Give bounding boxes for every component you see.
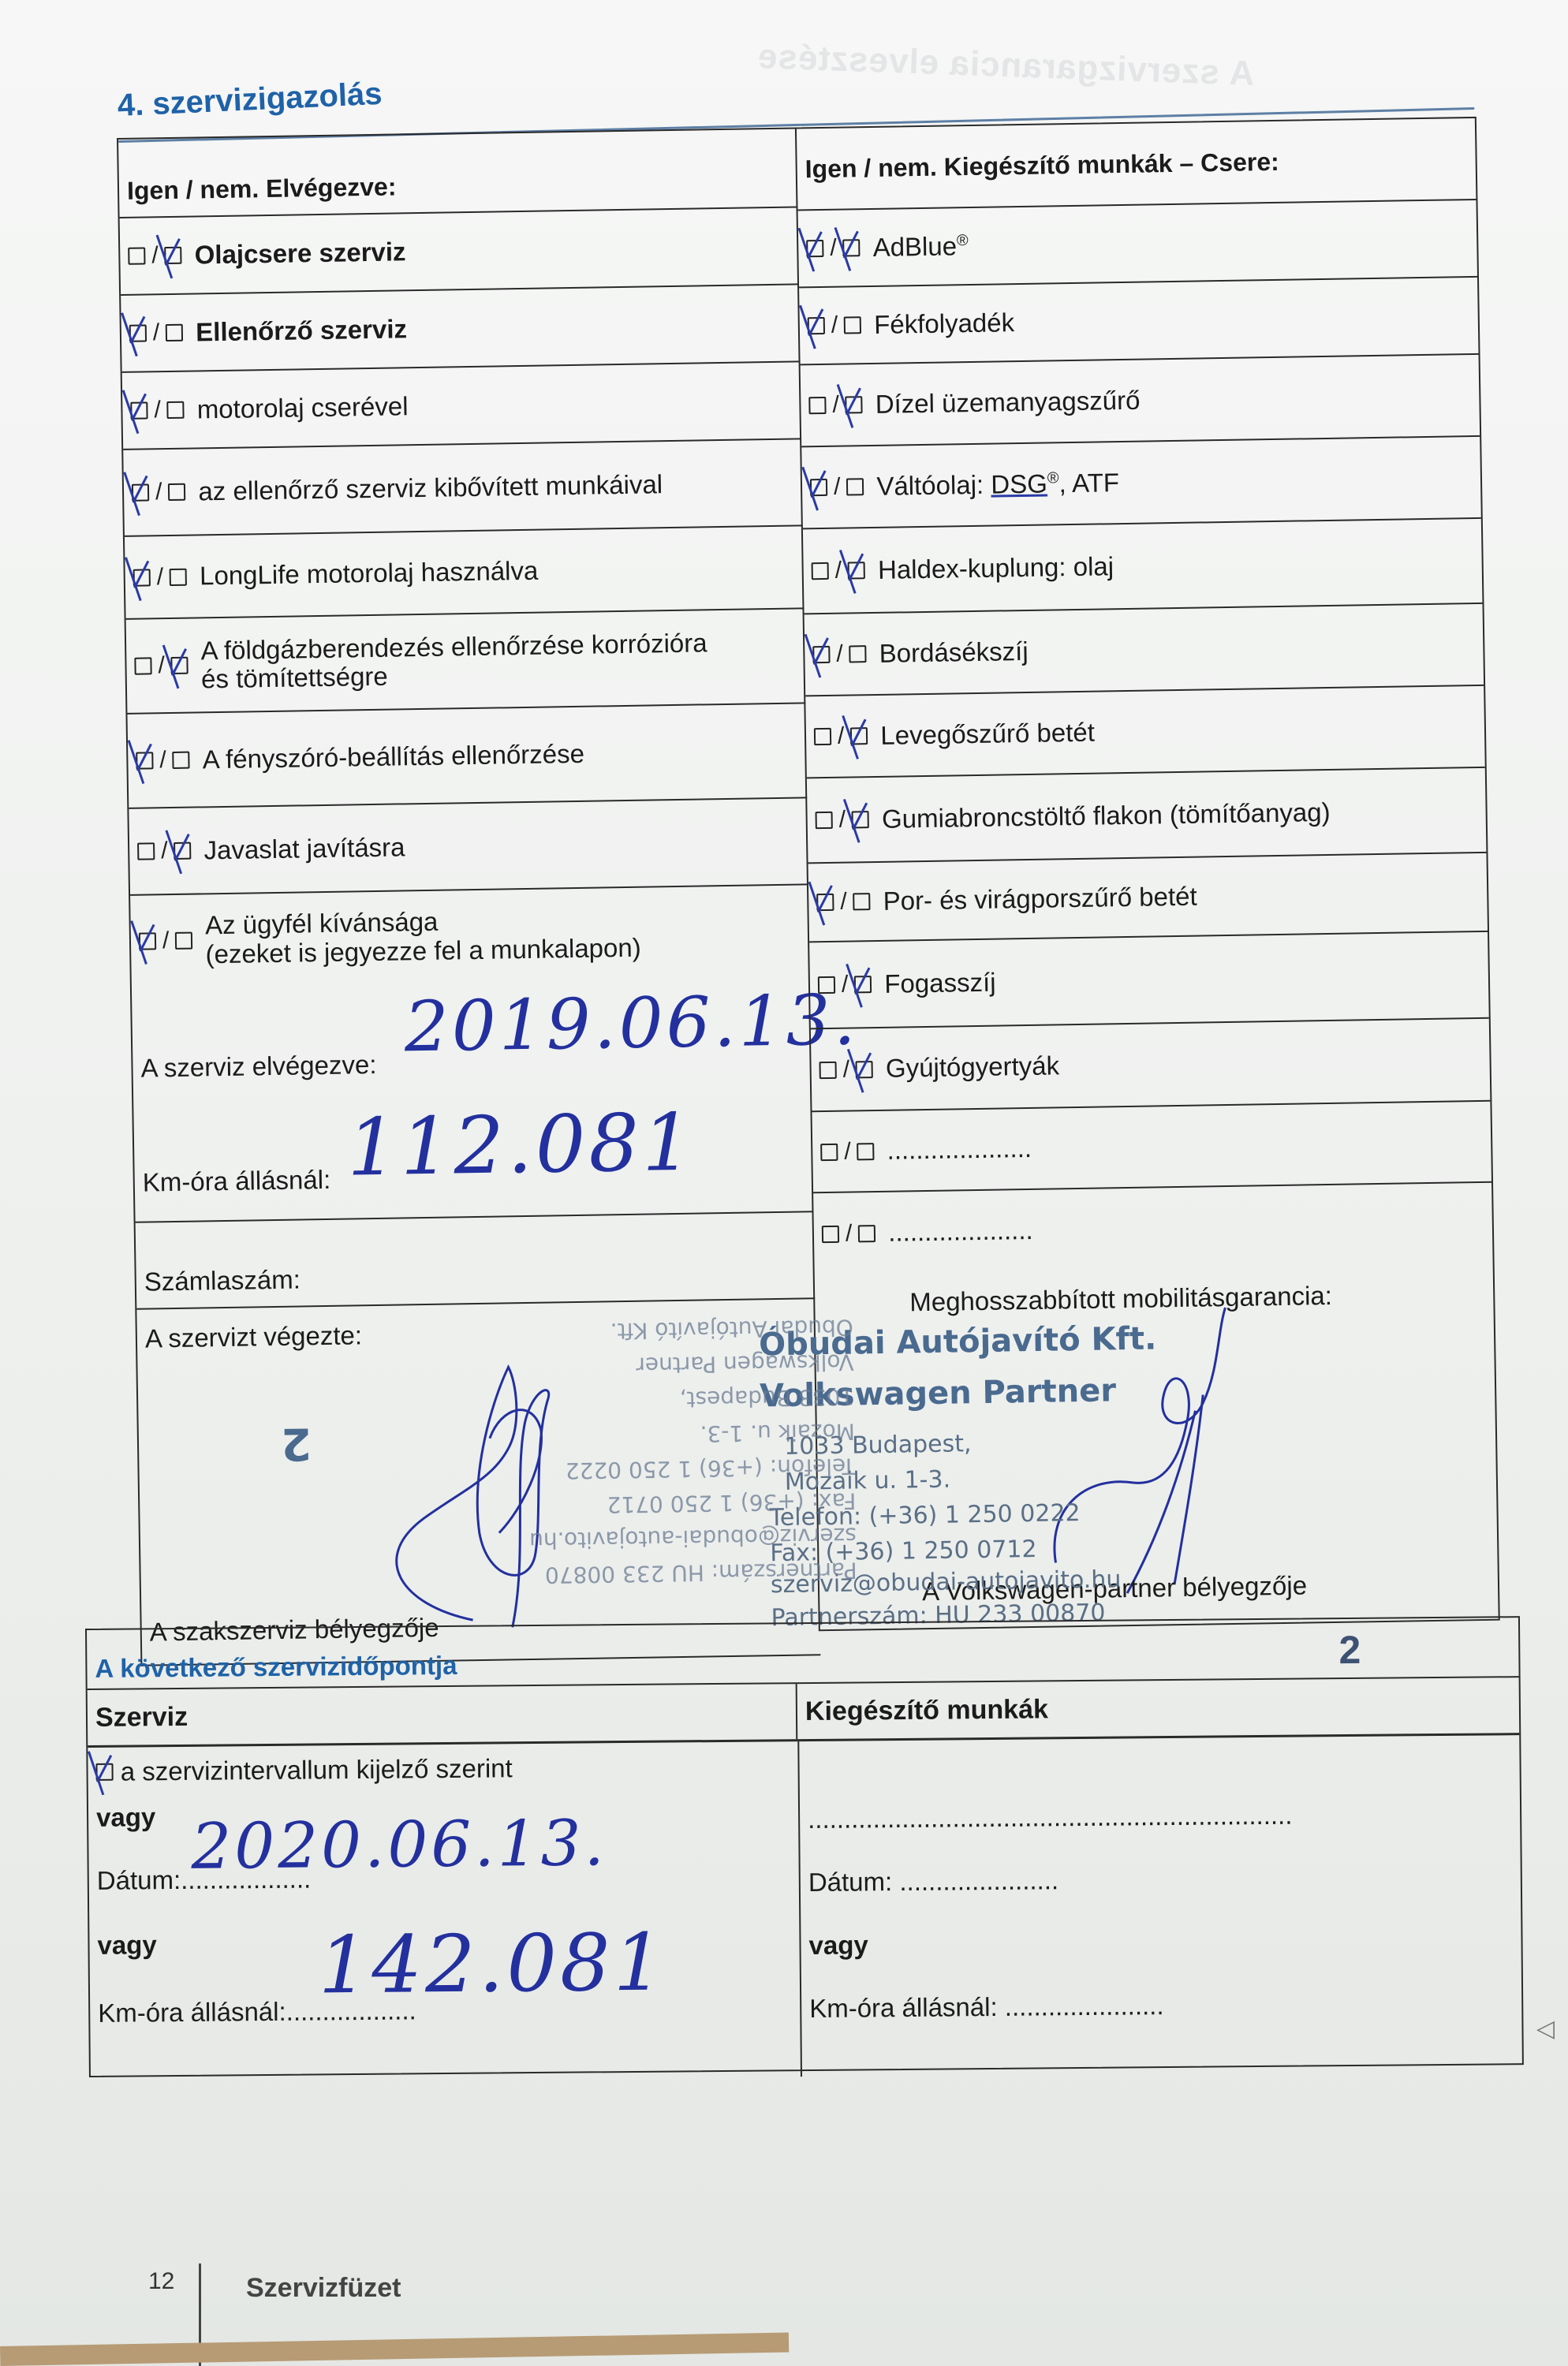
no-checkbox[interactable]	[171, 657, 189, 674]
right-header: Igen / nem. Kiegészítő munkák – Csere:	[805, 147, 1279, 183]
extra-item-row: /Levegőszűrő betét	[805, 686, 1485, 778]
performed-by-label: A szervizt végezte:	[145, 1320, 363, 1353]
yes-no-toggle[interactable]: /	[136, 747, 190, 774]
no-checkbox[interactable]	[857, 1143, 874, 1160]
or-label-2: vagy	[97, 1930, 157, 1961]
service-item-row: /Javaslat javításra	[129, 798, 808, 895]
no-checkbox[interactable]	[850, 727, 868, 745]
service-item-label: az ellenőrző szerviz kibővített munkáiva…	[198, 470, 663, 506]
no-checkbox[interactable]	[173, 752, 190, 769]
yes-checkbox[interactable]	[819, 1061, 836, 1078]
yes-checkbox[interactable]	[820, 1143, 838, 1160]
extra-item-row: /Fékfolyadék	[799, 278, 1478, 365]
stamp-mark-2: 2	[281, 1417, 312, 1469]
yes-no-toggle[interactable]: /	[139, 927, 193, 954]
interval-checkbox[interactable]	[95, 1763, 113, 1781]
extra-item-row: /Váltóolaj: DSG®, ATF	[801, 437, 1481, 529]
yes-checkbox[interactable]	[132, 483, 149, 501]
service-item-label: A fényszóró-beállítás ellenőrzése	[202, 740, 584, 774]
no-checkbox[interactable]	[846, 396, 863, 413]
yes-no-toggle[interactable]: /	[815, 806, 869, 834]
slash-separator: /	[838, 807, 846, 834]
extra-item-row: /Por- és virágporszűrő betét	[808, 853, 1488, 942]
no-checkbox[interactable]	[167, 401, 185, 419]
no-checkbox[interactable]	[854, 976, 872, 993]
yes-no-toggle[interactable]: /	[137, 838, 192, 865]
slash-separator: /	[834, 558, 842, 584]
km-label: Km-óra állásnál:	[143, 1165, 331, 1198]
extra-item-label: ....................	[888, 1216, 1033, 1247]
yes-checkbox[interactable]	[822, 1225, 839, 1242]
no-checkbox[interactable]	[174, 842, 191, 860]
yes-checkbox[interactable]	[814, 728, 831, 745]
service-item-row: /Ellenőrző szerviz	[121, 285, 800, 372]
yes-no-toggle[interactable]: /	[130, 397, 185, 424]
service-item-row: /az ellenőrző szerviz kibővített munkáiv…	[123, 439, 803, 536]
extra-item-label: Fogasszíj	[884, 968, 996, 998]
table-surface	[0, 2333, 789, 2366]
no-checkbox[interactable]	[168, 483, 185, 501]
yes-checkbox[interactable]	[812, 646, 830, 663]
extra-item-label: Haldex-kuplung: olaj	[878, 552, 1114, 584]
interval-label: a szervizintervallum kijelző szerint	[121, 1753, 513, 1786]
next-date-value[interactable]: 2020.06.13.	[191, 1806, 607, 1883]
triangle-left-icon: ◁	[1536, 2015, 1555, 2043]
page-number: 12	[148, 2268, 174, 2295]
slash-separator: /	[842, 1056, 849, 1083]
yes-checkbox[interactable]	[134, 657, 151, 674]
service-item-label: motorolaj cserével	[196, 392, 408, 424]
extra-item-row: /Bordásékszíj	[805, 604, 1484, 696]
service-done-block: A szerviz elvégezve: 2019.06.13. Km-óra …	[132, 976, 814, 1222]
invoice-label: Számlaszám:	[144, 1265, 301, 1297]
no-checkbox[interactable]	[858, 1225, 875, 1242]
no-checkbox[interactable]	[846, 478, 864, 495]
service-item-label: LongLife motorolaj használva	[200, 557, 539, 591]
no-checkbox[interactable]	[856, 1061, 873, 1078]
or-label-1: vagy	[96, 1802, 156, 1833]
service-item-label: Javaslat javításra	[203, 833, 405, 864]
left-header-row: Igen / nem. Elvégezve:	[118, 129, 797, 218]
yes-checkbox[interactable]	[137, 842, 155, 860]
yes-no-toggle[interactable]: /	[134, 652, 189, 680]
yes-checkbox[interactable]	[139, 932, 156, 950]
extra-item-row: /AdBlue®	[798, 200, 1477, 288]
col-service: Szerviz	[88, 1684, 798, 1745]
extra-item-label: Levegőszűrő betét	[880, 718, 1095, 750]
extra-item-label: Dízel üzemanyagszűrő	[875, 386, 1140, 420]
extra-item-label: ....................	[887, 1134, 1032, 1165]
service-item-row: /Olajcsere szerviz	[120, 207, 799, 295]
extra-item-label: Fékfolyadék	[874, 308, 1014, 339]
no-checkbox[interactable]	[165, 247, 182, 264]
yes-no-toggle[interactable]: /	[808, 391, 863, 419]
service-certificate-table: Igen / nem. Elvégezve: /Olajcsere szervi…	[117, 117, 1496, 1621]
section-title: 4. szervizigazolás	[117, 77, 383, 124]
service-item-row: /A fényszóró-beállítás ellenőrzése	[127, 703, 807, 808]
yes-checkbox[interactable]	[130, 401, 147, 419]
yes-checkbox[interactable]	[129, 324, 147, 341]
yes-no-toggle[interactable]: /	[819, 1056, 873, 1084]
no-checkbox[interactable]	[852, 811, 869, 828]
invoice-row: Számlaszám:	[136, 1212, 816, 1309]
service-done-date[interactable]: 2019.06.13.	[404, 979, 859, 1067]
next-service-body: a szervizintervallum kijelző szerint vag…	[88, 1735, 1522, 2083]
yes-no-toggle[interactable]: /	[811, 557, 865, 584]
yes-no-toggle[interactable]: /	[128, 242, 182, 270]
extra-km[interactable]: Km-óra állásnál: ......................	[809, 1991, 1164, 2024]
yes-no-toggle[interactable]: /	[810, 473, 864, 501]
extra-item-row: /Haldex-kuplung: olaj	[803, 519, 1483, 614]
km-value[interactable]: 112.081	[346, 1096, 696, 1194]
yes-no-toggle[interactable]: /	[818, 971, 872, 998]
yes-no-toggle[interactable]: /	[822, 1220, 876, 1248]
no-checkbox[interactable]	[853, 893, 870, 910]
yes-checkbox[interactable]	[812, 562, 829, 580]
slash-separator: /	[832, 392, 839, 419]
next-km-value[interactable]: 142.081	[318, 1916, 667, 2012]
no-checkbox[interactable]	[170, 568, 187, 585]
extra-work-cell: ........................................…	[799, 1735, 1522, 2077]
slash-separator: /	[842, 972, 849, 998]
stamp-mirror-imprint: Partnerszám: HU 233 00870szerviz@obudai-…	[443, 1310, 857, 1594]
slash-separator: /	[844, 1138, 851, 1165]
service-item-label: Olajcsere szerviz	[194, 237, 405, 269]
extra-dots[interactable]: ........................................…	[808, 1801, 1293, 1834]
bleed-through-text: A szervizgarancia elvesztése	[756, 37, 1255, 94]
yes-no-toggle[interactable]: /	[132, 479, 186, 506]
yes-checkbox[interactable]	[818, 976, 835, 994]
extra-item-label: Por- és virágporszűrő betét	[883, 882, 1197, 916]
slash-separator: /	[838, 723, 845, 750]
yes-no-toggle[interactable]: /	[814, 722, 868, 750]
yes-checkbox[interactable]	[808, 397, 826, 414]
service-item-row: /motorolaj cserével	[122, 362, 801, 450]
yes-checkbox[interactable]	[133, 569, 151, 586]
no-checkbox[interactable]	[848, 562, 865, 579]
extra-item-row: /....................	[812, 1102, 1492, 1193]
service-item-row: /Az ügyfél kívánsága(ezeket is jegyezze …	[130, 885, 810, 986]
next-service-table: A következő szervizidőpontja 2 Szerviz K…	[85, 1616, 1524, 2077]
col-extra-work: Kiegészítő munkák	[797, 1681, 1049, 1739]
slash-separator: /	[151, 242, 159, 269]
extra-item-label: Gumiabroncstöltő flakon (tömítőanyag)	[882, 798, 1331, 834]
extra-or: vagy	[808, 1930, 868, 1961]
interval-option[interactable]: a szervizintervallum kijelző szerint	[95, 1753, 512, 1787]
right-header-row: Igen / nem. Kiegészítő munkák – Csere:	[797, 118, 1477, 211]
yes-checkbox[interactable]	[808, 317, 825, 334]
service-item-row: /LongLife motorolaj használva	[125, 526, 805, 619]
extra-item-row: /Gyújtógyertyák	[811, 1019, 1491, 1112]
yes-no-toggle[interactable]: /	[806, 234, 861, 262]
extra-item-row: /Dízel üzemanyagszűrő	[801, 355, 1480, 447]
left-header: Igen / nem. Elvégezve:	[127, 172, 397, 205]
yes-no-toggle[interactable]: /	[812, 640, 867, 668]
yes-checkbox[interactable]	[816, 894, 834, 911]
service-book-page: A szervizgarancia elvesztése 4. szervizi…	[0, 0, 1568, 2366]
extra-item-row: /Fogasszíj	[809, 932, 1489, 1029]
extra-item-label: Váltóolaj: DSG®, ATF	[876, 468, 1119, 501]
footer-book-title: Szervizfüzet	[246, 2273, 401, 2304]
service-item-label: Ellenőrző szerviz	[196, 315, 407, 346]
no-checkbox[interactable]	[842, 239, 860, 256]
extra-date[interactable]: Dátum: ......................	[808, 1865, 1059, 1898]
next-service-title: A következő szervizidőpontja	[95, 1651, 457, 1684]
yes-no-toggle[interactable]: /	[820, 1138, 875, 1166]
extra-item-label: Bordásékszíj	[879, 637, 1028, 668]
no-checkbox[interactable]	[166, 324, 183, 341]
yes-checkbox[interactable]	[810, 479, 827, 496]
service-item-row: /A földgázberendezés ellenőrzése korrózi…	[126, 609, 806, 714]
yes-no-toggle[interactable]: /	[808, 312, 862, 339]
yes-no-toggle[interactable]: /	[129, 319, 184, 347]
extra-item-label: Gyújtógyertyák	[886, 1052, 1060, 1084]
extra-item-label: AdBlue®	[872, 232, 969, 262]
service-cell: a szervizintervallum kijelző szerint vag…	[88, 1741, 802, 2083]
no-checkbox[interactable]	[175, 931, 192, 949]
service-done-label: A szerviz elvégezve:	[140, 1050, 377, 1084]
service-item-label: Az ügyfél kívánsága(ezeket is jegyezze f…	[205, 905, 641, 968]
extra-item-row: /Gumiabroncstöltő flakon (tömítőanyag)	[807, 768, 1487, 864]
yes-checkbox[interactable]	[128, 247, 145, 264]
yes-checkbox[interactable]	[806, 240, 823, 257]
no-checkbox[interactable]	[844, 316, 861, 334]
yes-no-toggle[interactable]: /	[816, 888, 871, 916]
yes-checkbox[interactable]	[136, 752, 153, 769]
slash-separator: /	[846, 1220, 853, 1247]
extra-item-row: /....................	[813, 1183, 1493, 1274]
yes-no-toggle[interactable]: /	[133, 563, 187, 591]
slash-separator: /	[161, 838, 168, 864]
service-item-label: A földgázberendezés ellenőrzése korrózió…	[200, 629, 707, 694]
no-checkbox[interactable]	[849, 645, 867, 662]
stamp-mark-2b: 2	[1338, 1627, 1361, 1673]
yes-checkbox[interactable]	[816, 812, 833, 829]
slash-separator: /	[158, 652, 165, 679]
